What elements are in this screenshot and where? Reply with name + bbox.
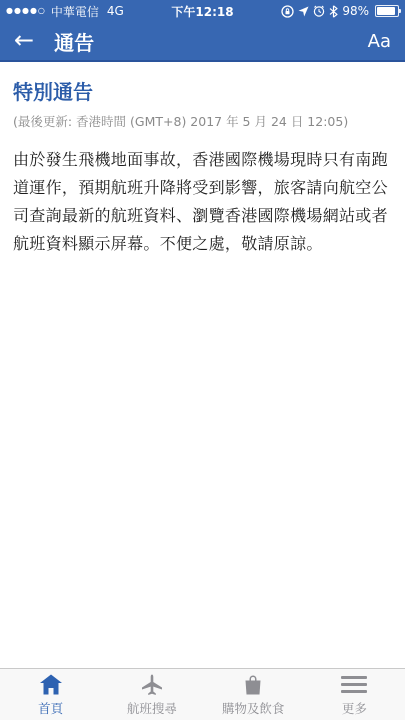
- back-arrow-icon: ←: [14, 26, 34, 54]
- battery-percent-label: 98%: [342, 4, 369, 18]
- tab-more[interactable]: 更多: [304, 669, 405, 720]
- back-button[interactable]: ←: [14, 28, 38, 54]
- notice-content: 特別通告 (最後更新: 香港時間 (GMT+8) 2017 年 5 月 24 日…: [0, 62, 405, 668]
- app-screen: ●●●●○ 中華電信 4G 下午12:18: [0, 0, 405, 720]
- location-arrow-icon: [298, 6, 309, 17]
- home-icon: [39, 674, 63, 696]
- bluetooth-icon: [329, 5, 338, 18]
- tab-more-label: 更多: [342, 699, 367, 717]
- shopping-bag-icon: [242, 674, 264, 696]
- menu-icon: [341, 674, 367, 696]
- tab-flight-search-label: 航班搜尋: [127, 699, 177, 717]
- text-size-button[interactable]: Aa: [368, 31, 391, 52]
- tab-bar: 首頁 航班搜尋 購物及飲食 更多: [0, 668, 405, 720]
- tab-shopping-dining-label: 購物及飲食: [222, 699, 285, 717]
- tab-home[interactable]: 首頁: [0, 669, 101, 720]
- carrier-label: 中華電信: [51, 3, 99, 20]
- nav-bar: ← 通告 Aa: [0, 22, 405, 62]
- notice-body-text: 由於發生飛機地面事故，香港國際機場現時只有南跑道運作，預期航班升降將受到影響，旅…: [13, 146, 392, 258]
- notice-last-updated: (最後更新: 香港時間 (GMT+8) 2017 年 5 月 24 日 12:0…: [13, 112, 392, 130]
- orientation-lock-icon: [281, 5, 294, 18]
- alarm-clock-icon: [313, 5, 325, 17]
- tab-flight-search[interactable]: 航班搜尋: [101, 669, 202, 720]
- battery-icon: [375, 5, 399, 17]
- network-type-label: 4G: [107, 4, 124, 18]
- notice-title: 特別通告: [13, 76, 392, 105]
- signal-strength-icon: ●●●●○: [6, 6, 46, 15]
- status-bar-right: 98%: [234, 4, 399, 18]
- tab-home-label: 首頁: [38, 699, 63, 717]
- page-title: 通告: [54, 27, 368, 56]
- airplane-icon: [141, 674, 163, 696]
- tab-shopping-dining[interactable]: 購物及飲食: [203, 669, 304, 720]
- status-bar-left: ●●●●○ 中華電信 4G: [6, 3, 171, 20]
- status-bar: ●●●●○ 中華電信 4G 下午12:18: [0, 0, 405, 22]
- clock-label: 下午12:18: [171, 3, 233, 20]
